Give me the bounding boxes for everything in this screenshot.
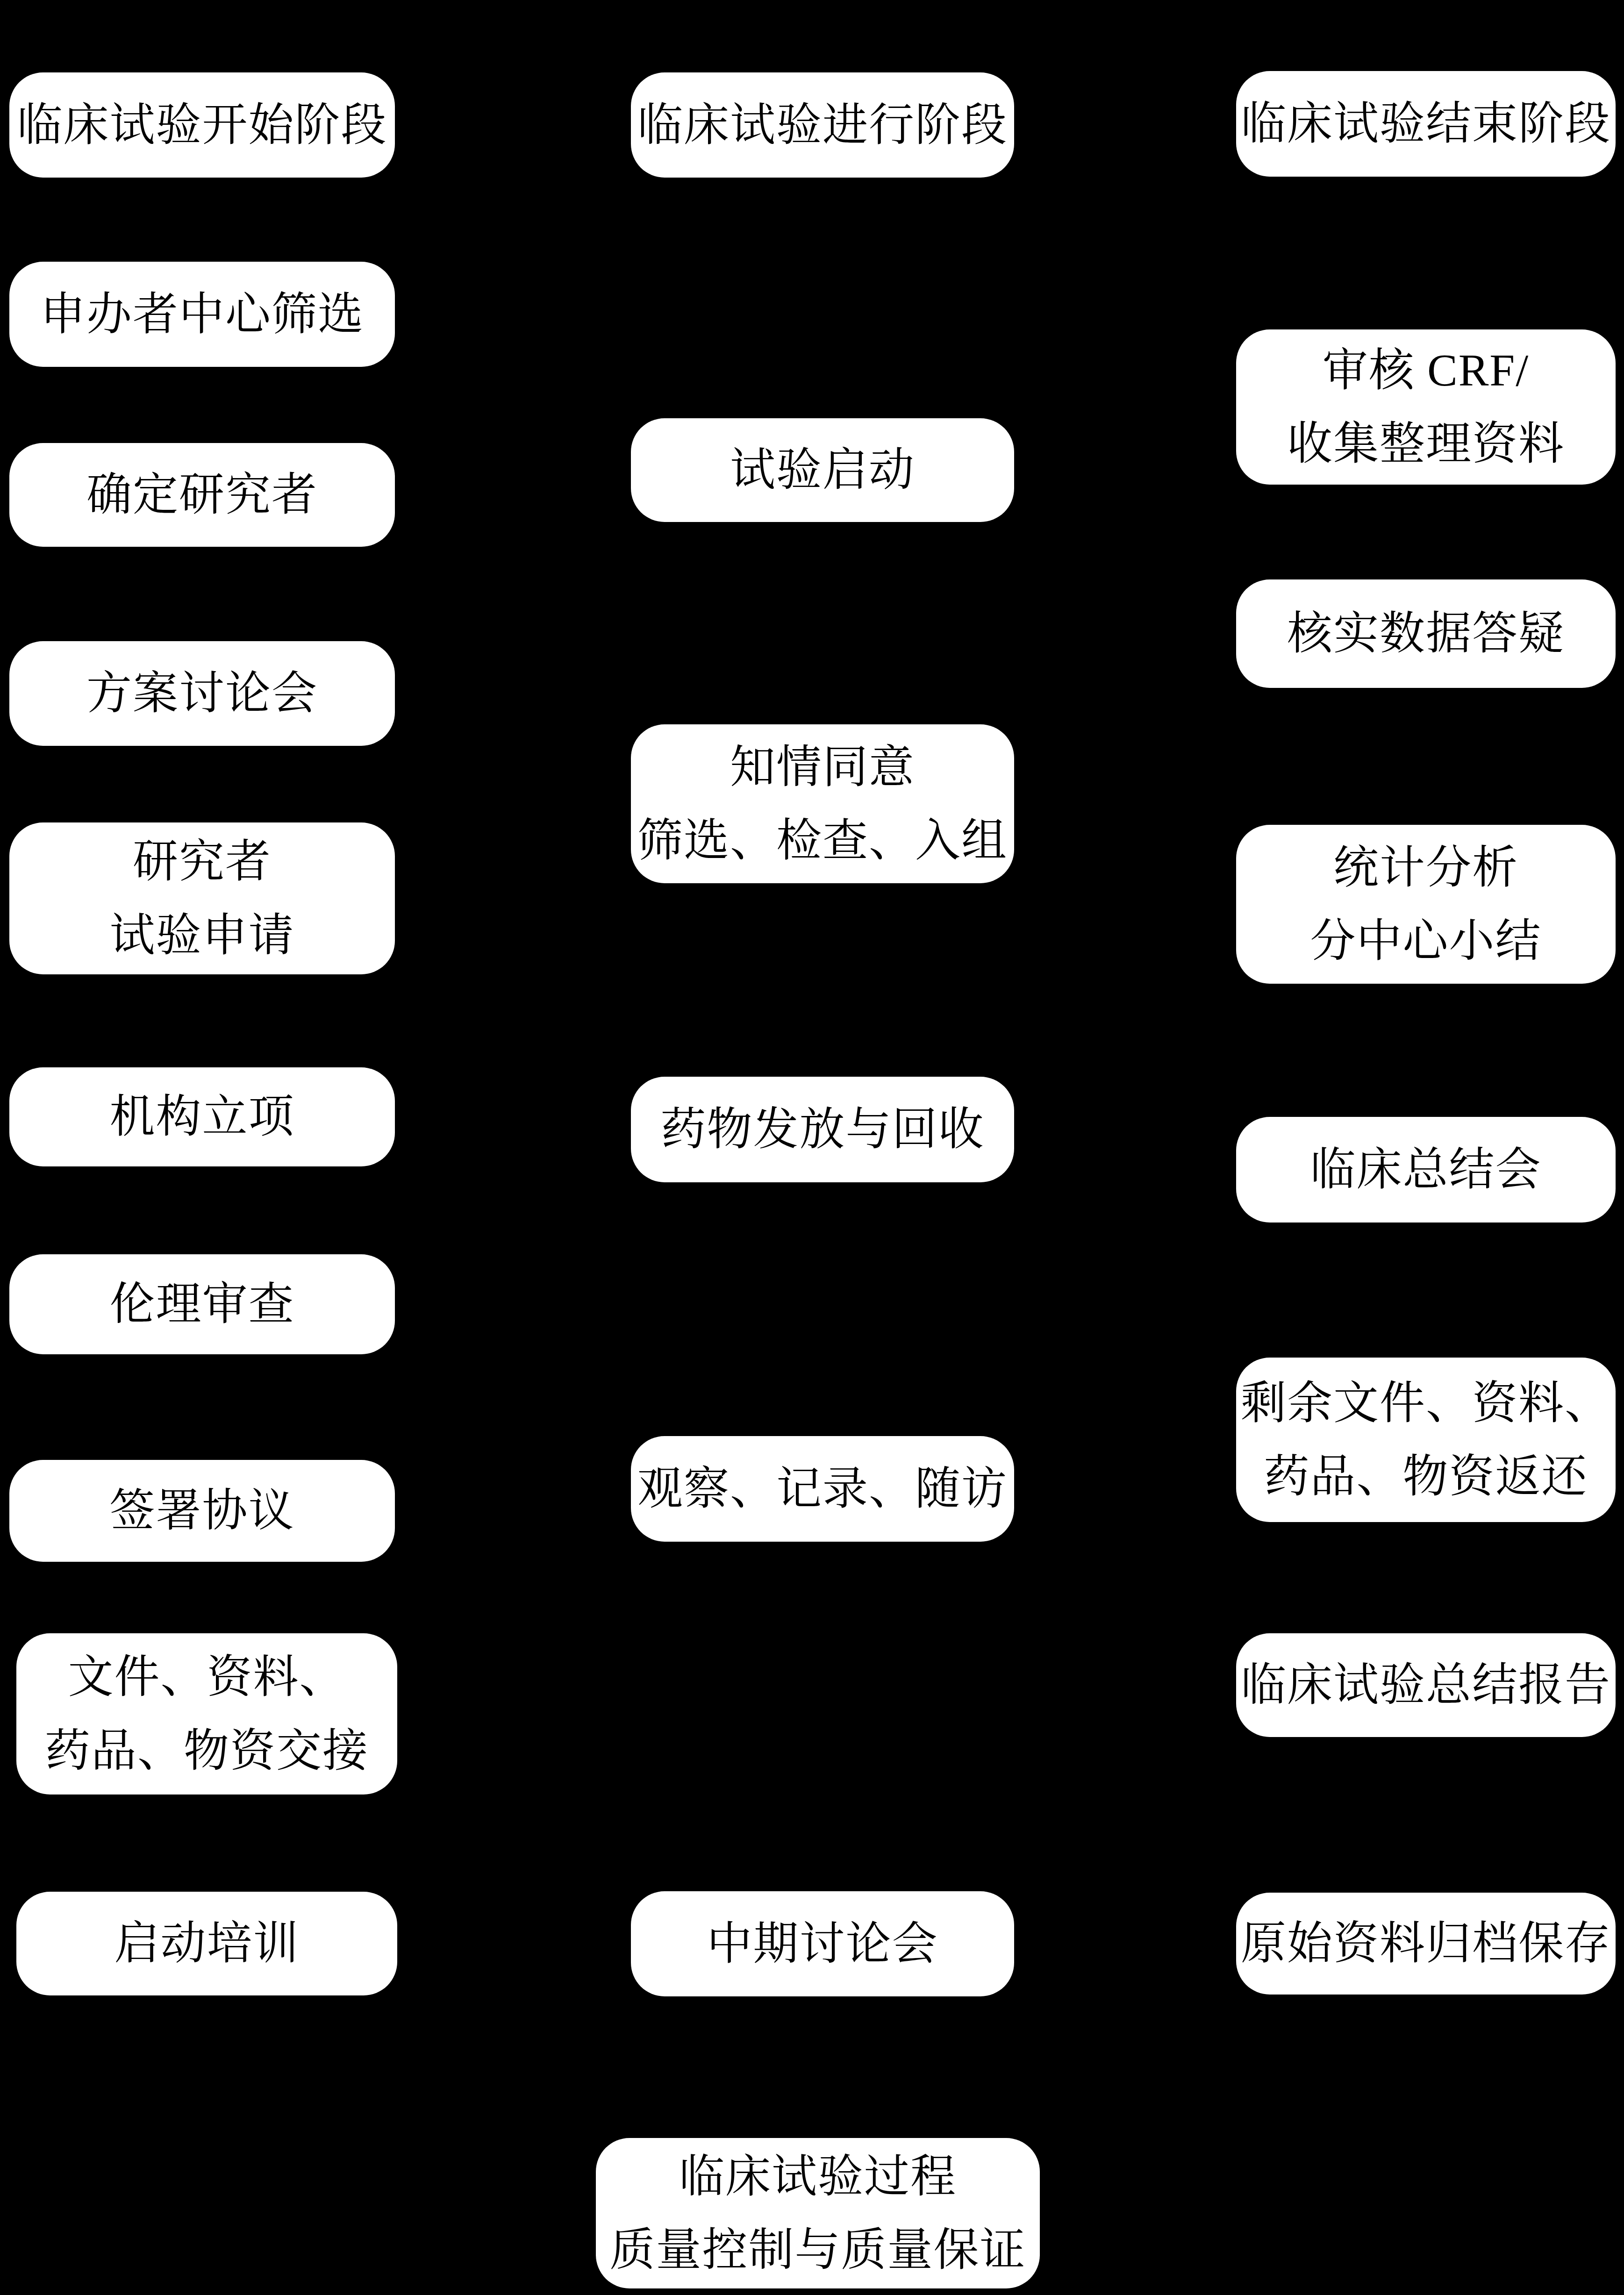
protocol-discussion-meeting-box: 方案讨论会 bbox=[9, 641, 395, 746]
trial-initiation-box: 试验启动 bbox=[631, 418, 1014, 522]
clinical-trial-summary-report-box: 临床试验总结报告 bbox=[1236, 1633, 1616, 1737]
clinical-summary-meeting-box: 临床总结会 bbox=[1236, 1117, 1616, 1223]
box-text: 试验申请 bbox=[110, 899, 295, 972]
box-text: 药品、物资返还 bbox=[1264, 1440, 1588, 1513]
box-text: 知情同意 bbox=[730, 730, 915, 804]
box-text: 审核 CRF/ bbox=[1323, 334, 1530, 407]
drug-dispensing-recovery-box: 药物发放与回收 bbox=[631, 1077, 1014, 1182]
box-text: 剩余文件、资料、 bbox=[1241, 1366, 1611, 1440]
box-text: 伦理审查 bbox=[110, 1267, 295, 1341]
process-quality-control-assurance-box: 临床试验过程 质量控制与质量保证 bbox=[596, 2138, 1040, 2288]
box-text: 收集整理资料 bbox=[1287, 407, 1565, 480]
box-text: 文件、资料、 bbox=[68, 1640, 346, 1714]
box-text: 中期讨论会 bbox=[707, 1907, 938, 1980]
box-text: 统计分析 bbox=[1333, 831, 1518, 904]
box-text: 研究者 bbox=[133, 825, 272, 898]
observation-recording-followup-box: 观察、记录、随访 bbox=[631, 1436, 1014, 1542]
box-text: 筛选、检查、入组 bbox=[637, 804, 1008, 877]
flowchart: 临床试验开始阶段 申办者中心筛选 确定研究者 方案讨论会 研究者 试验申请 机构… bbox=[0, 0, 1624, 2295]
box-text: 原始资料归档保存 bbox=[1241, 1907, 1611, 1980]
ongoing-phase-header: 临床试验进行阶段 bbox=[631, 72, 1014, 178]
box-text: 临床试验开始阶段 bbox=[17, 88, 387, 162]
box-text: 核实数据答疑 bbox=[1287, 597, 1565, 670]
documents-materials-drugs-handover-box: 文件、资料、 药品、物资交接 bbox=[16, 1633, 397, 1795]
investigator-trial-application-box: 研究者 试验申请 bbox=[9, 822, 395, 974]
confirm-investigators-box: 确定研究者 bbox=[9, 443, 395, 547]
box-text: 申办者中心筛选 bbox=[40, 278, 364, 351]
box-text: 签署协议 bbox=[110, 1474, 295, 1547]
box-text: 方案讨论会 bbox=[86, 657, 318, 730]
sign-agreement-box: 签署协议 bbox=[9, 1460, 395, 1562]
box-text: 观察、记录、随访 bbox=[637, 1452, 1008, 1525]
box-text: 确定研究者 bbox=[86, 458, 318, 531]
initiation-training-box: 启动培训 bbox=[16, 1892, 397, 1995]
box-text: 试验启动 bbox=[730, 433, 915, 507]
crf-review-data-collection-box: 审核 CRF/ 收集整理资料 bbox=[1236, 329, 1616, 485]
box-text: 临床试验总结报告 bbox=[1241, 1648, 1611, 1722]
box-text: 质量控制与质量保证 bbox=[610, 2213, 1026, 2287]
box-text: 机构立项 bbox=[110, 1080, 295, 1153]
data-verification-query-box: 核实数据答疑 bbox=[1236, 579, 1616, 688]
start-phase-header: 临床试验开始阶段 bbox=[9, 72, 395, 178]
box-text: 分中心小结 bbox=[1310, 904, 1542, 978]
interim-discussion-meeting-box: 中期讨论会 bbox=[631, 1891, 1014, 1996]
box-text: 启动培训 bbox=[114, 1907, 300, 1980]
box-text: 临床试验进行阶段 bbox=[637, 88, 1008, 162]
ethics-review-box: 伦理审查 bbox=[9, 1254, 395, 1354]
box-text: 药品、物资交接 bbox=[45, 1714, 369, 1787]
box-text: 临床总结会 bbox=[1310, 1133, 1542, 1206]
institution-project-approval-box: 机构立项 bbox=[9, 1067, 395, 1166]
statistical-analysis-subcenter-summary-box: 统计分析 分中心小结 bbox=[1236, 825, 1616, 984]
remaining-items-return-box: 剩余文件、资料、 药品、物资返还 bbox=[1236, 1358, 1616, 1522]
informed-consent-screening-enrollment-box: 知情同意 筛选、检查、入组 bbox=[631, 724, 1014, 883]
end-phase-header: 临床试验结束阶段 bbox=[1236, 71, 1616, 177]
box-text: 临床试验结束阶段 bbox=[1241, 87, 1611, 160]
source-data-archiving-box: 原始资料归档保存 bbox=[1236, 1893, 1616, 1995]
sponsor-site-screening-box: 申办者中心筛选 bbox=[9, 262, 395, 367]
box-text: 临床试验过程 bbox=[679, 2140, 957, 2213]
box-text: 药物发放与回收 bbox=[661, 1093, 985, 1166]
